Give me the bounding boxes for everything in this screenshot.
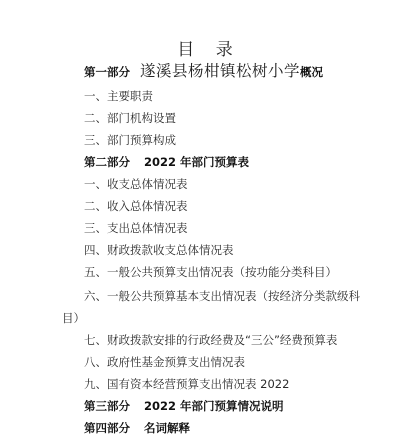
toc-item[interactable]: 四、财政拨款收支总体情况表 xyxy=(84,243,234,257)
toc-item[interactable]: 二、部门机构设置 xyxy=(84,111,176,125)
toc-part1-heading[interactable]: 第一部分遂溪县杨柑镇松树小学概况 xyxy=(84,64,323,79)
toc-title: 目 录 xyxy=(0,40,418,60)
toc-item[interactable]: 七、财政拨款安排的行政经费及“三公”经费预算表 xyxy=(84,333,337,347)
part1-label: 第一部分 xyxy=(84,65,130,79)
part1-suffix: 概况 xyxy=(300,65,323,79)
part2-label: 第二部分 xyxy=(84,155,130,169)
part3-name: 2022 年部门预算情况说明 xyxy=(144,399,284,413)
toc-item[interactable]: 一、收支总体情况表 xyxy=(84,177,188,191)
toc-item[interactable]: 三、部门预算构成 xyxy=(84,133,176,147)
toc-part2-heading[interactable]: 第二部分2022 年部门预算表 xyxy=(84,155,249,169)
part2-name: 2022 年部门预算表 xyxy=(144,155,249,169)
toc-item[interactable]: 六、一般公共预算基本支出情况表（按经济分类款级科 xyxy=(84,289,360,303)
part4-name: 名词解释 xyxy=(144,421,190,435)
toc-item[interactable]: 九、国有资本经营预算支出情况表 2022 xyxy=(84,377,289,391)
toc-item-wrap[interactable]: 目） xyxy=(62,311,85,325)
toc-part3-heading[interactable]: 第三部分2022 年部门预算情况说明 xyxy=(84,399,284,413)
toc-item[interactable]: 五、一般公共预算支出情况表（按功能分类科目） xyxy=(84,265,337,279)
part1-name: 遂溪县杨柑镇松树小学 xyxy=(140,62,300,80)
toc-item[interactable]: 三、支出总体情况表 xyxy=(84,221,188,235)
toc-item[interactable]: 二、收入总体情况表 xyxy=(84,199,188,213)
part3-label: 第三部分 xyxy=(84,399,130,413)
toc-part4-heading[interactable]: 第四部分名词解释 xyxy=(84,421,190,435)
part4-label: 第四部分 xyxy=(84,421,130,435)
toc-item[interactable]: 一、主要职责 xyxy=(84,89,153,103)
toc-item[interactable]: 八、政府性基金预算支出情况表 xyxy=(84,355,245,369)
